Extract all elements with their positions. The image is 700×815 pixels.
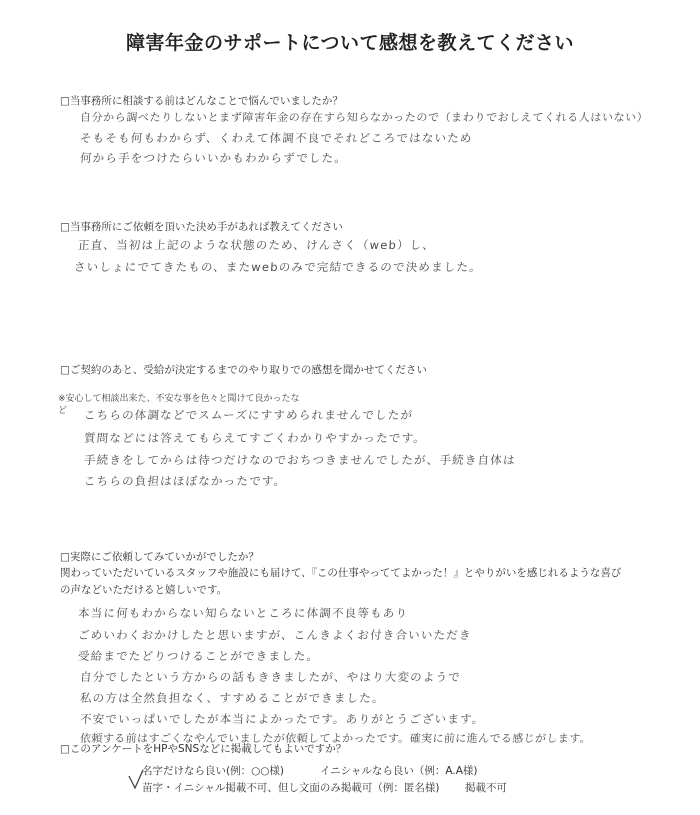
checkmark-icon xyxy=(128,768,146,790)
answer-4-line-2: ごめいわくおかけしたと思いますが、こんきよくお付き合いいただき xyxy=(77,627,472,643)
answer-3-line-3: 手続きをしてからは待つだけなのでおちつきませんでしたが、手続き自体は xyxy=(83,452,516,468)
option-no-publish[interactable]: 掲載不可 xyxy=(465,780,507,795)
survey-title: 障害年金のサポートについて感想を教えてください xyxy=(0,28,700,55)
answer-4-line-1: 本当に何もわからない知らないところに体調不良等もあり xyxy=(77,605,408,621)
option-initials[interactable]: イニシャルなら良い（例：A.A様) xyxy=(320,763,478,778)
question-3-note-2: ど xyxy=(58,403,67,416)
answer-2-line-2: さいしょにでてきたもの、またwebのみで完結できるので決めました。 xyxy=(73,259,482,275)
answer-3-line-2: 質問などには答えてもらえてすごくわかりやすかったです。 xyxy=(83,430,426,446)
answer-3-line-1: こちらの体調などでスムーズにすすめられませんでしたが xyxy=(83,407,413,423)
question-3: □ご契約のあと、受給が決定するまでのやり取りでの感想を聞かせてください xyxy=(60,362,427,377)
option-no-publish-label: 掲載不可 xyxy=(465,782,507,794)
option-surname-only-label: 名字だけなら良い(例：○○様) xyxy=(142,765,284,777)
answer-4-line-4: 自分でしたという方からの話もききましたが、やはり大変のようで xyxy=(79,669,461,685)
answer-1-line-1: 自分から調べたりしないとまず障害年金の存在すら知らなかったので（まわりでおしえて… xyxy=(79,109,649,125)
question-4-note-2: の声などいただけると嬉しいです。 xyxy=(60,582,227,597)
answer-1-line-2: そもそも何もわからず、くわえて体調不良でそれどころではないため xyxy=(79,130,473,146)
option-surname-only[interactable]: 名字だけなら良い(例：○○様) xyxy=(142,763,284,778)
question-4-note-1: 関わっていただいているスタッフや施設にも届けて、『この仕事やっててよかった！』と… xyxy=(60,565,621,580)
question-3-note-1: ※安心して相談出来た、不安な事を色々と聞けて良かったな xyxy=(58,391,300,404)
answer-4-line-5: 私の方は全然負担なく、すすめることができました。 xyxy=(79,690,385,706)
answer-1-line-3: 何から手をつけたらいいかもわからずでした。 xyxy=(79,150,347,166)
question-1: □当事務所に相談する前はどんなことで悩んでいましたか？ xyxy=(60,93,343,108)
answer-2-line-1: 正直、当初は上記のような状態のため、けんさく（web）し、 xyxy=(77,237,435,253)
question-4: □実際にご依頼してみていかがでしたか？ xyxy=(60,549,259,564)
answer-4-line-3: 受給までたどりつけることができました。 xyxy=(77,648,319,664)
option-initials-label: イニシャルなら良い（例：A.A様) xyxy=(320,765,478,777)
publish-question: □このアンケートをHPやSNSなどに掲載してもよいですか？ xyxy=(60,741,346,756)
question-2: □当事務所にご依頼を頂いた決め手があれば教えてください xyxy=(60,219,343,234)
option-text-only-label: 苗字・イニシャル掲載不可、但し文面のみ掲載可（例：匿名様) xyxy=(142,782,439,794)
answer-4-line-6: 不安でいっぱいでしたが本当によかったです。ありがとうございます。 xyxy=(79,711,485,727)
answer-3-line-4: こちらの負担はほぼなかったです。 xyxy=(83,473,286,489)
option-text-only[interactable]: 苗字・イニシャル掲載不可、但し文面のみ掲載可（例：匿名様) xyxy=(142,780,439,795)
